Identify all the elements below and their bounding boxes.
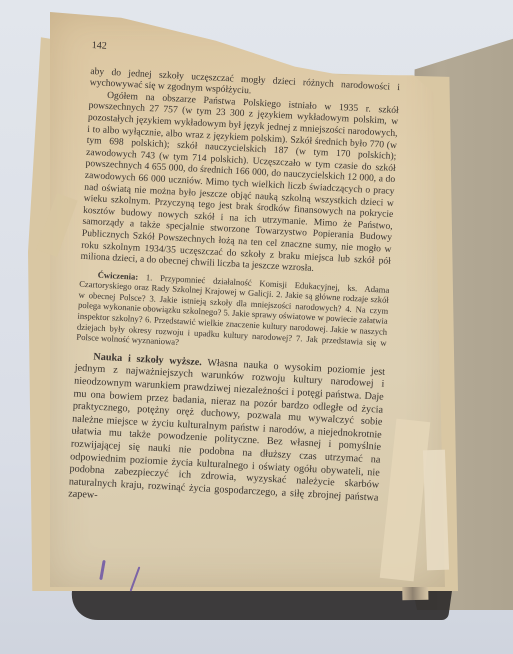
section-text: Własna nauka o wysokim poziomie jest jed… <box>68 357 385 503</box>
section-paragraph: Nauka i szkoły wyższe. Własna nauka o wy… <box>68 350 385 517</box>
book-shadow <box>68 590 452 620</box>
photo-scene: 142 aby do jednej szkoły uczęszczać mogł… <box>0 0 513 654</box>
torn-page-fragment <box>423 450 449 571</box>
exercises-text: 1. Przypomnieć działalność Komisji Eduka… <box>76 271 389 347</box>
exercises-paragraph: Ćwiczenia: 1. Przypomnieć działalność Ko… <box>76 268 389 358</box>
paragraph: Ogółem na obszarze Państwa Polskiego ist… <box>80 89 399 279</box>
page-text: 142 aby do jednej szkoły uczęszczać mogł… <box>68 40 402 518</box>
page-number: 142 <box>91 40 401 68</box>
